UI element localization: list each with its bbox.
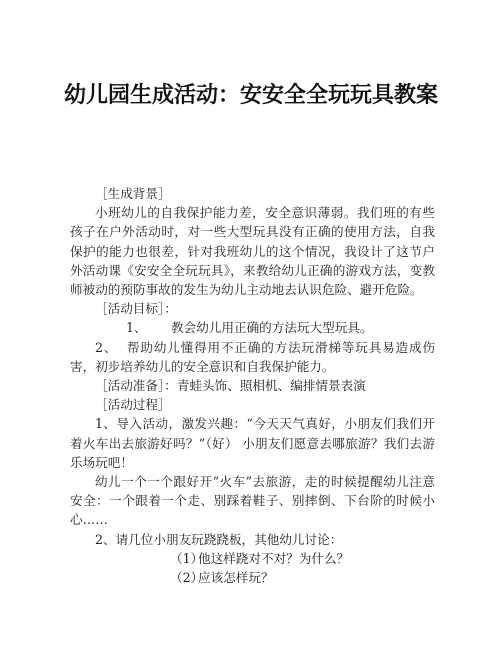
- prep-text: 青蛙头饰、照相机、编排情景表演: [177, 378, 366, 393]
- goal-text: 教会幼儿用正确的方法玩大型玩具。: [171, 320, 373, 335]
- document-page: 幼儿园生成活动：安安全全玩玩具教案 ［生成背景］ 小班幼儿的自我保护能力差，安全…: [0, 0, 502, 649]
- goal-number: 1、: [126, 318, 171, 337]
- prep-heading: ［活动准备］：: [95, 378, 177, 393]
- question-text: 他这样跷对不对？为什么？: [198, 551, 349, 566]
- process-step-2: 2、请几位小朋友玩跷跷板，其他幼儿讨论：: [70, 530, 435, 549]
- goals-heading: ［活动目标］：: [70, 299, 435, 318]
- prep-line: ［活动准备］：青蛙头饰、照相机、编排情景表演: [70, 376, 435, 395]
- question-number: （1）: [170, 549, 198, 568]
- goal-item-1: 1、教会幼儿用正确的方法玩大型玩具。: [70, 318, 435, 337]
- goal-text: 帮助幼儿懂得用不正确的方法玩滑梯等玩具易造成伤害，初步培养幼儿的安全意识和自我保…: [70, 340, 435, 374]
- question-item-1: （1）他这样跷对不对？为什么？: [70, 549, 435, 568]
- question-number: （2）: [170, 568, 198, 587]
- goal-number: 2、: [95, 340, 117, 355]
- document-title: 幼儿园生成活动：安安全全玩玩具教案: [60, 82, 442, 110]
- process-paragraph: 幼儿一个一个跟好开“火车”去旅游，走的时候提醒幼儿注意安全：一个跟着一个走、别踩…: [70, 472, 435, 530]
- process-heading: ［活动过程］: [70, 395, 435, 414]
- goal-item-2: 2、 帮助幼儿懂得用不正确的方法玩滑梯等玩具易造成伤害，初步培养幼儿的安全意识和…: [70, 338, 435, 376]
- document-body: ［生成背景］ 小班幼儿的自我保护能力差，安全意识薄弱。我们班的有些孩子在户外活动…: [70, 184, 435, 587]
- question-item-2: （2）应该怎样玩？: [70, 568, 435, 587]
- question-text: 应该怎样玩？: [198, 570, 274, 585]
- background-paragraph: 小班幼儿的自我保护能力差，安全意识薄弱。我们班的有些孩子在户外活动时，对一些大型…: [70, 203, 435, 299]
- background-heading: ［生成背景］: [70, 184, 435, 203]
- process-step-1: 1、导入活动，激发兴趣：“今天天气真好，小朋友们我们开着火车出去旅游好吗？”（好…: [70, 414, 435, 472]
